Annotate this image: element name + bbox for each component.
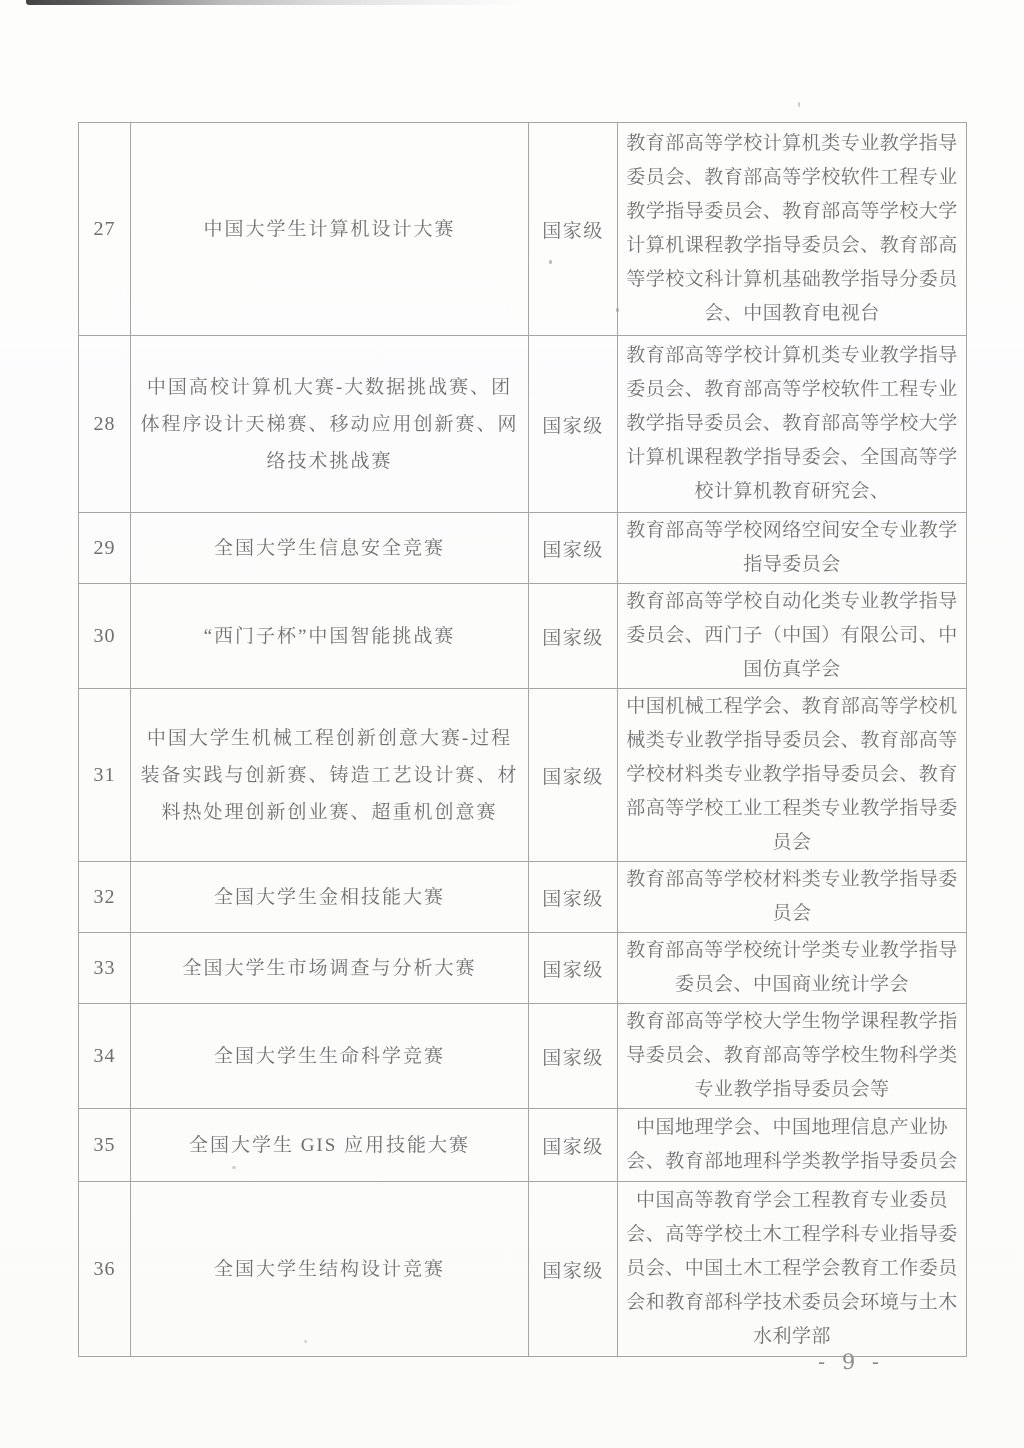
competition-organizer: 教育部高等学校材料类专业教学指导委员会 <box>618 862 967 933</box>
competition-name: 中国高校计算机大赛-大数据挑战赛、团体程序设计天梯赛、移动应用创新赛、网络技术挑… <box>131 336 529 513</box>
row-number: 30 <box>79 584 131 689</box>
competition-level: 国家级 <box>529 862 618 933</box>
table-row: 29 全国大学生信息安全竞赛 国家级 教育部高等学校网络空间安全专业教学指导委员… <box>79 513 967 584</box>
scan-artifact-top-streak <box>26 0 526 5</box>
competition-name: 全国大学生 GIS 应用技能大赛 <box>131 1109 529 1182</box>
row-number: 33 <box>79 933 131 1004</box>
competition-organizer: 教育部高等学校大学生物学课程教学指导委员会、教育部高等学校生物科学类专业教学指导… <box>618 1004 967 1109</box>
scan-speck <box>232 1166 236 1169</box>
competition-list-table: 27 中国大学生计算机设计大赛 国家级 教育部高等学校计算机类专业教学指导委员会… <box>78 122 967 1357</box>
competition-organizer: 中国机械工程学会、教育部高等学校机械类专业教学指导委员会、教育部高等学校材料类专… <box>618 689 967 862</box>
scanned-document-page: 27 中国大学生计算机设计大赛 国家级 教育部高等学校计算机类专业教学指导委员会… <box>0 0 1024 1448</box>
competition-organizer: 教育部高等学校计算机类专业教学指导委员会、教育部高等学校软件工程专业教学指导委员… <box>618 336 967 513</box>
competition-level: 国家级 <box>529 933 618 1004</box>
competition-level: 国家级 <box>529 1109 618 1182</box>
competition-name: 中国大学生计算机设计大赛 <box>131 123 529 336</box>
row-number: 27 <box>79 123 131 336</box>
competition-name: 全国大学生生命科学竞赛 <box>131 1004 529 1109</box>
competition-organizer: 中国高等教育学会工程教育专业委员会、高等学校土木工程学科专业指导委员会、中国土木… <box>618 1182 967 1357</box>
competition-name: 中国大学生机械工程创新创意大赛-过程装备实践与创新赛、铸造工艺设计赛、材料热处理… <box>131 689 529 862</box>
row-number: 29 <box>79 513 131 584</box>
page-number: - 9 - <box>804 1350 898 1374</box>
competition-level: 国家级 <box>529 1004 618 1109</box>
table-row: 36 全国大学生结构设计竞赛 国家级 中国高等教育学会工程教育专业委员会、高等学… <box>79 1182 967 1357</box>
competition-name: 全国大学生金相技能大赛 <box>131 862 529 933</box>
competition-name: 全国大学生信息安全竞赛 <box>131 513 529 584</box>
scan-speck <box>549 260 552 264</box>
competition-level: 国家级 <box>529 123 618 336</box>
scan-speck <box>798 102 800 107</box>
competition-level: 国家级 <box>529 1182 618 1357</box>
competition-organizer: 教育部高等学校网络空间安全专业教学指导委员会 <box>618 513 967 584</box>
table-row: 35 全国大学生 GIS 应用技能大赛 国家级 中国地理学会、中国地理信息产业协… <box>79 1109 967 1182</box>
row-number: 31 <box>79 689 131 862</box>
table-row: 33 全国大学生市场调查与分析大赛 国家级 教育部高等学校统计学类专业教学指导委… <box>79 933 967 1004</box>
table-row: 31 中国大学生机械工程创新创意大赛-过程装备实践与创新赛、铸造工艺设计赛、材料… <box>79 689 967 862</box>
table-row: 30 “西门子杯”中国智能挑战赛 国家级 教育部高等学校自动化类专业教学指导委员… <box>79 584 967 689</box>
row-number: 34 <box>79 1004 131 1109</box>
competition-organizer: 教育部高等学校自动化类专业教学指导委员会、西门子（中国）有限公司、中国仿真学会 <box>618 584 967 689</box>
competition-level: 国家级 <box>529 584 618 689</box>
table-row: 28 中国高校计算机大赛-大数据挑战赛、团体程序设计天梯赛、移动应用创新赛、网络… <box>79 336 967 513</box>
competition-name: “西门子杯”中国智能挑战赛 <box>131 584 529 689</box>
competition-name: 全国大学生市场调查与分析大赛 <box>131 933 529 1004</box>
scan-speck <box>304 1340 307 1343</box>
table-row: 27 中国大学生计算机设计大赛 国家级 教育部高等学校计算机类专业教学指导委员会… <box>79 123 967 336</box>
competition-level: 国家级 <box>529 689 618 862</box>
row-number: 32 <box>79 862 131 933</box>
competition-organizer: 中国地理学会、中国地理信息产业协会、教育部地理科学类教学指导委员会 <box>618 1109 967 1182</box>
table-row: 32 全国大学生金相技能大赛 国家级 教育部高等学校材料类专业教学指导委员会 <box>79 862 967 933</box>
table-row: 34 全国大学生生命科学竞赛 国家级 教育部高等学校大学生物学课程教学指导委员会… <box>79 1004 967 1109</box>
row-number: 35 <box>79 1109 131 1182</box>
competition-name: 全国大学生结构设计竞赛 <box>131 1182 529 1357</box>
row-number: 36 <box>79 1182 131 1357</box>
competition-organizer: 教育部高等学校计算机类专业教学指导委员会、教育部高等学校软件工程专业教学指导委员… <box>618 123 967 336</box>
row-number: 28 <box>79 336 131 513</box>
competition-level: 国家级 <box>529 336 618 513</box>
competition-organizer: 教育部高等学校统计学类专业教学指导委员会、中国商业统计学会 <box>618 933 967 1004</box>
scan-speck <box>616 308 619 312</box>
competition-level: 国家级 <box>529 513 618 584</box>
